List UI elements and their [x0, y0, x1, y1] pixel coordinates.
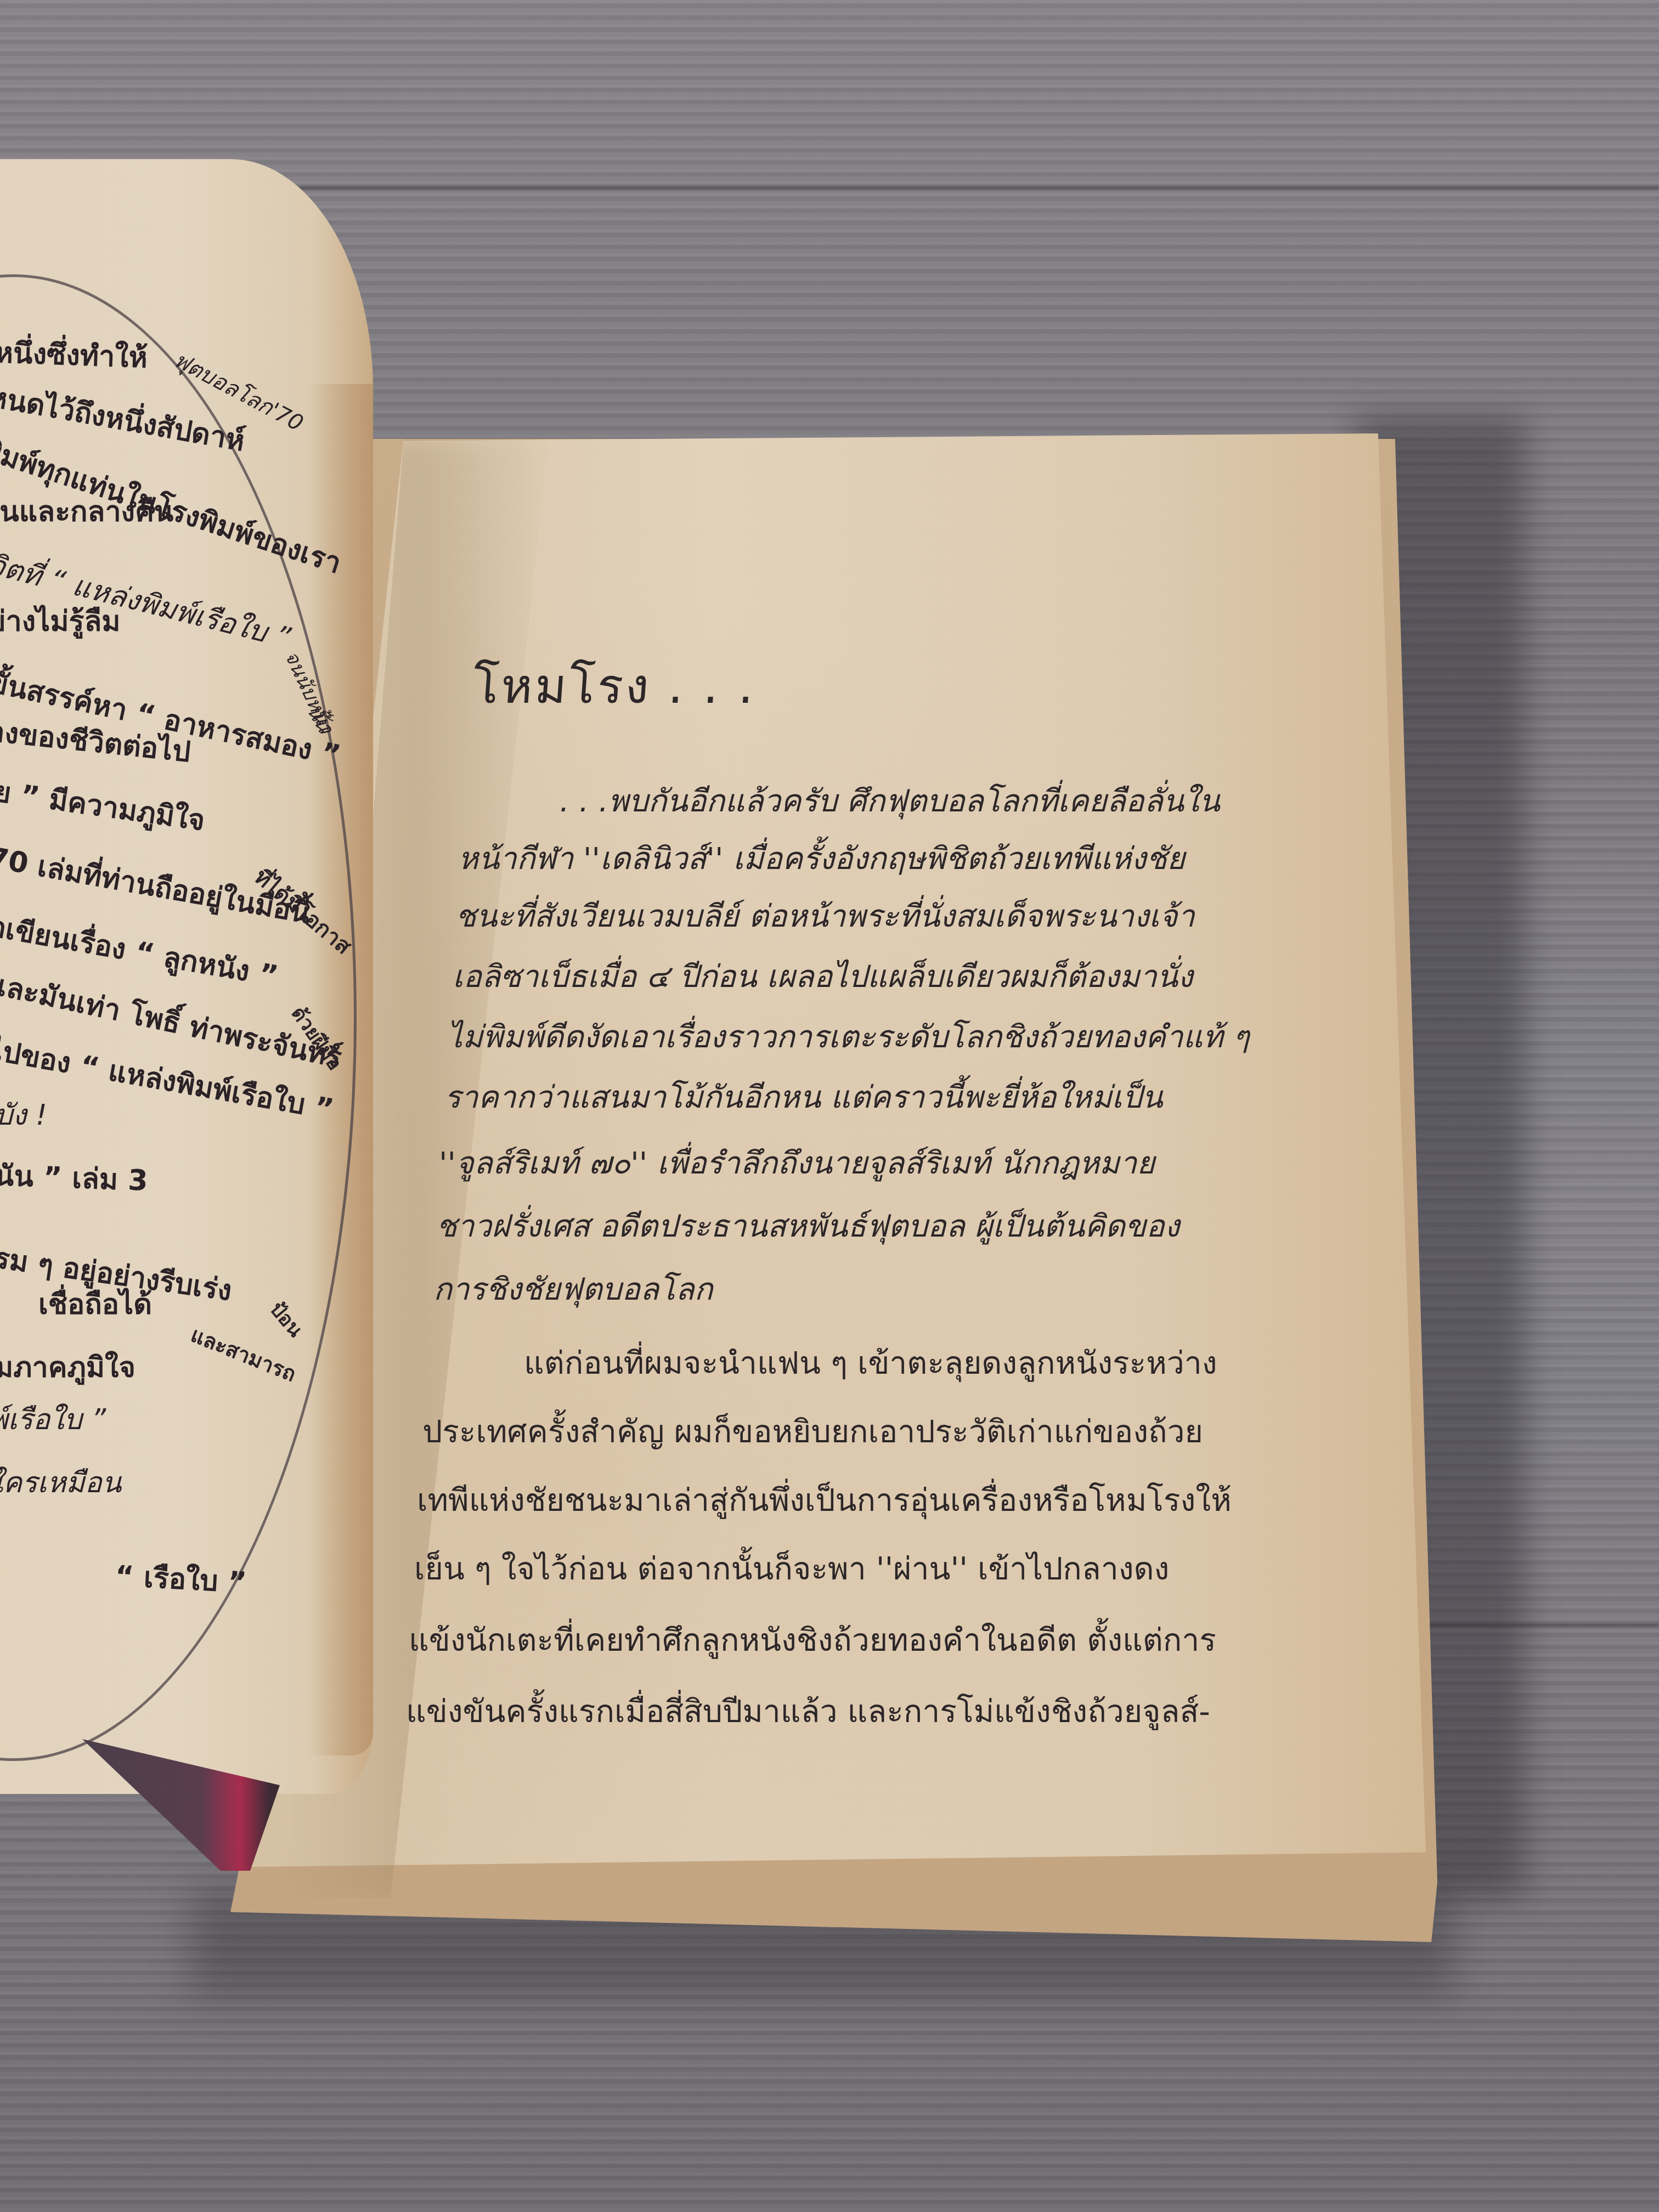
- text-line: ประเทศครั้งสำคัญ ผมก็ขอหยิบยกเอาประวัติเ…: [422, 1407, 1203, 1457]
- text-line: การชิงชัยฟุตบอลโลก: [433, 1265, 713, 1313]
- text-line: ไม่พิมพ์ดีดงัดเอาเรื่องราวการเตะระดับโลก…: [447, 1012, 1249, 1061]
- signature: “ เรือใบ ”: [114, 1553, 248, 1605]
- text-line: ชาวฝรั่งเศส อดีตประธานสหพันธ์ฟุตบอล ผู้เ…: [436, 1201, 1180, 1250]
- text-line: หนึ่งซึ่งทำให้: [0, 329, 148, 380]
- text-line: เทพีแห่งชัยชนะมาเล่าสู่กันพึ่งเป็นการอุ่…: [417, 1476, 1232, 1525]
- text-line: ชนะที่สังเวียนเวมบลีย์ ต่อหน้าพระที่นั่ง…: [455, 891, 1195, 940]
- text-line: วันและกลางคืน: [0, 488, 173, 534]
- text-line: นัน ” เล่ม 3: [0, 1152, 149, 1203]
- text-line: บัง !: [0, 1092, 47, 1137]
- text-line: พ์เรือใบ ”: [0, 1396, 106, 1442]
- text-line: ราคากว่าแสนมาโม้กันอีกหน แต่คราวนี้พะยี่…: [444, 1073, 1163, 1121]
- text-line: ใครเหมือน: [0, 1459, 121, 1505]
- text-line: เชื่อถือได้: [38, 1281, 152, 1327]
- text-line: แข้งนักเตะที่เคยทำศึกลูกหนังชิงถ้วยทองคำ…: [409, 1616, 1216, 1665]
- text-line: แต่ก่อนที่ผมจะนำแฟน ๆ เข้าตะลุยดงลูกหนัง…: [524, 1339, 1217, 1388]
- text-line: . . .พบกันอีกแล้วครับ ศึกฟุตบอลโลกที่เคย…: [560, 776, 1220, 825]
- text-line: แข่งขันครั้งแรกเมื่อสี่สิบปีมาแล้ว และกา…: [406, 1687, 1210, 1736]
- text-line: หน้ากีฬา ''เดลินิวส์'' เมื่อครั้งอังกฤษพ…: [458, 834, 1185, 883]
- text-line: ย่างไม่รู้ลืม: [0, 598, 121, 644]
- text-line: มภาคภูมิใจ: [0, 1344, 136, 1390]
- text-line: เย็น ๆ ใจไว้ก่อน ต่อจากนั้นก็จะพา ''ผ่าน…: [414, 1544, 1169, 1594]
- text-line: ''จูลส์ริเมท์ ๗๐'' เพื่อรำลึกถึงนายจูลส์…: [439, 1138, 1155, 1187]
- chapter-title: โหมโรง . . .: [470, 647, 759, 724]
- text-line: เอลิซาเบ็ธเมื่อ ๔ ปีก่อน เผลอไปแผล็บเดีย…: [453, 952, 1193, 1001]
